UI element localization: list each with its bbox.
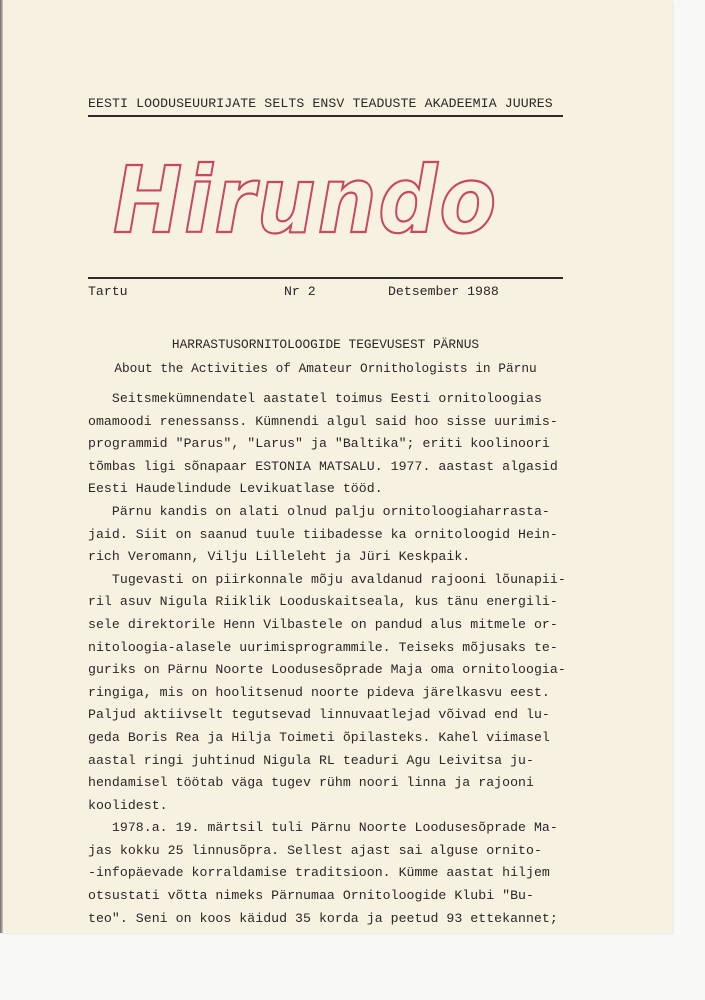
article-title-estonian: HARRASTUSORNITOLOOGIDE TEGEVUSEST PÄRNUS (88, 337, 563, 352)
body-line: ringiga, mis on hoolitsenud noorte pidev… (88, 682, 568, 705)
body-line: jas kokku 25 linnusõpra. Sellest ajast s… (88, 840, 568, 863)
body-line: Eesti Haudelindude Levikuatlase tööd. (88, 478, 568, 501)
society-header: EESTI LOODUSEUURIJATE SELTS ENSV TEADUST… (88, 96, 563, 111)
masthead-title-text: Hirundo (113, 147, 498, 254)
body-line: guriks on Pärnu Noorte Loodusesõprade Ma… (88, 659, 568, 682)
body-line: ril asuv Nigula Riiklik Looduskaitseala,… (88, 591, 568, 614)
body-line: otsustati võtta nimeks Pärnumaa Ornitolo… (88, 885, 568, 908)
document-page: EESTI LOODUSEUURIJATE SELTS ENSV TEADUST… (0, 0, 672, 933)
article-title-english: About the Activities of Amateur Ornithol… (88, 361, 563, 376)
body-line: geda Boris Rea ja Hilja Toimeti õpilaste… (88, 727, 568, 750)
body-line: Pärnu kandis on alati olnud palju ornito… (88, 501, 568, 524)
body-line: 1978.a. 19. märtsil tuli Pärnu Noorte Lo… (88, 817, 568, 840)
masthead-title: Hirundo (105, 140, 505, 250)
page-edge-shadow (0, 0, 3, 933)
body-line: Tugevasti on piirkonnale mõju avaldanud … (88, 569, 568, 592)
body-line: teo". Seni on koos käidud 35 korda ja pe… (88, 908, 568, 931)
body-line: programmid "Parus", "Larus" ja "Baltika"… (88, 433, 568, 456)
body-line: sele direktorile Henn Vilbastele on pand… (88, 614, 568, 637)
issue-meta: Tartu Nr 2 Detsember 1988 (88, 284, 563, 302)
issue-number: Nr 2 (284, 284, 316, 299)
body-line: tõmbas ligi sõnapaar ESTONIA MATSALU. 19… (88, 456, 568, 479)
body-line: -infopäevade korraldamise traditsioon. K… (88, 862, 568, 885)
issue-date: Detsember 1988 (388, 284, 499, 299)
body-line: nitoloogia-alasele uurimisprogrammile. T… (88, 637, 568, 660)
header-rule (88, 115, 563, 117)
body-line: omamoodi renessanss. Kümnendi algul said… (88, 411, 568, 434)
body-line: Seitsmekümnendatel aastatel toimus Eesti… (88, 388, 568, 411)
body-line: jaid. Siit on saanud tuule tiibadesse ka… (88, 524, 568, 547)
masthead-rule (88, 277, 563, 279)
issue-place: Tartu (88, 284, 128, 299)
article-body: Seitsmekümnendatel aastatel toimus Eesti… (88, 388, 568, 930)
body-line: rich Veromann, Vilju Lilleleht ja Jüri K… (88, 546, 568, 569)
masthead-title-graphic: Hirundo (105, 140, 505, 250)
body-line: aastal ringi juhtinud Nigula RL teaduri … (88, 750, 568, 773)
body-line: hendamisel töötab väga tugev rühm noori … (88, 772, 568, 795)
body-line: koolidest. (88, 795, 568, 818)
body-line: Paljud aktiivselt tegutsevad linnuvaatle… (88, 704, 568, 727)
